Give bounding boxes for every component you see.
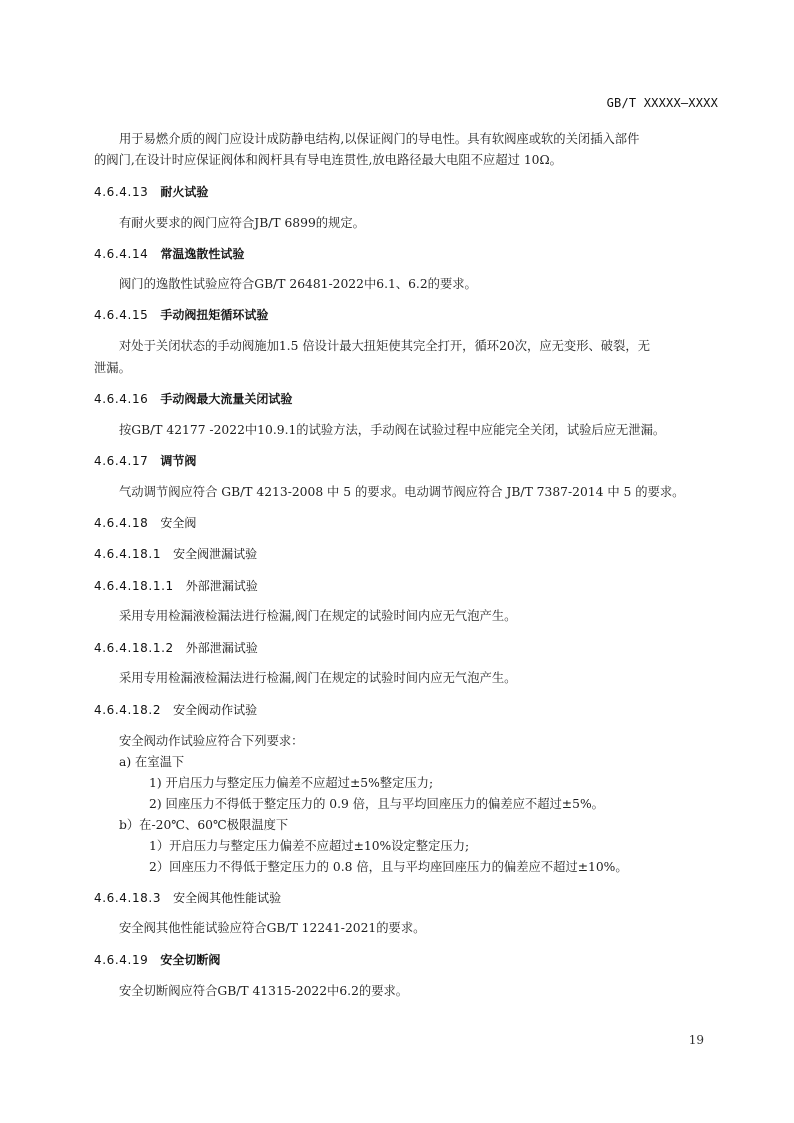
section-number: 4.6.4.18.3 — [94, 890, 161, 906]
section-body: 气动调节阀应符合 GB/T 4213-2008 中 5 的要求。电动调节阀应符合… — [119, 484, 749, 500]
section-number: 4.6.4.19 — [94, 952, 148, 968]
section-body: 安全阀其他性能试验应符合GB/T 12241-2021的要求。 — [119, 920, 749, 936]
section-body: 采用专用检漏液检漏法进行检漏,阀门在规定的试验时间内应无气泡产生。 — [119, 608, 749, 624]
section-title: 常温逸散性试验 — [160, 247, 244, 261]
section-heading-4-6-4-18-1: 4.6.4.18.1安全阀泄漏试验 — [94, 546, 257, 562]
section-title: 安全切断阀 — [160, 953, 220, 967]
section-body-line-1: 对处于关闭状态的手动阀施加1.5 倍设计最大扭矩使其完全打开，循环20次，应无变… — [119, 338, 749, 354]
section-heading-4-6-4-18-1-2: 4.6.4.18.1.2外部泄漏试验 — [94, 640, 258, 656]
list-item-b: b）在-20℃、60℃极限温度下 — [119, 817, 749, 833]
section-body: 安全阀动作试验应符合下列要求： — [119, 733, 749, 749]
intro-paragraph-line-1: 用于易燃介质的阀门应设计成防静电结构,以保证阀门的导电性。具有软阀座或软的关闭插… — [119, 131, 749, 147]
list-subitem-a-2: 2) 回座压力不得低于整定压力的 0.9 倍，且与平均回座压力的偏差应不超过±5… — [149, 796, 779, 812]
section-number: 4.6.4.13 — [94, 184, 148, 200]
section-number: 4.6.4.18.2 — [94, 702, 161, 718]
section-body: 安全切断阀应符合GB/T 41315-2022中6.2的要求。 — [119, 983, 749, 999]
section-title: 耐火试验 — [160, 185, 208, 199]
section-title: 安全阀泄漏试验 — [173, 547, 257, 561]
section-body: 阀门的逸散性试验应符合GB/T 26481-2022中6.1、6.2的要求。 — [119, 276, 749, 292]
section-number: 4.6.4.15 — [94, 307, 148, 323]
section-number: 4.6.4.18 — [94, 515, 148, 531]
section-body: 有耐火要求的阀门应符合JB/T 6899的规定。 — [119, 215, 749, 231]
standard-code-header: GB/T XXXXX—XXXX — [607, 96, 718, 110]
list-item-a: a) 在室温下 — [119, 754, 749, 770]
intro-paragraph-line-2: 的阀门,在设计时应保证阀体和阀杆具有导电连贯性,放电路径最大电阻不应超过 10Ω… — [94, 152, 724, 168]
section-number: 4.6.4.18.1.2 — [94, 640, 174, 656]
list-subitem-b-2: 2）回座压力不得低于整定压力的 0.8 倍，且与平均座回座压力的偏差应不超过±1… — [149, 859, 779, 875]
section-title: 安全阀 — [160, 516, 196, 530]
section-number: 4.6.4.17 — [94, 453, 148, 469]
page-number: 19 — [689, 1033, 704, 1047]
document-page: GB/T XXXXX—XXXX 用于易燃介质的阀门应设计成防静电结构,以保证阀门… — [0, 0, 794, 1123]
section-title: 安全阀动作试验 — [173, 703, 257, 717]
section-heading-4-6-4-13: 4.6.4.13耐火试验 — [94, 184, 208, 200]
list-subitem-b-1: 1）开启压力与整定压力偏差不应超过±10%设定整定压力; — [149, 838, 779, 854]
section-title: 外部泄漏试验 — [186, 579, 258, 593]
section-heading-4-6-4-17: 4.6.4.17调节阀 — [94, 453, 196, 469]
section-heading-4-6-4-19: 4.6.4.19安全切断阀 — [94, 952, 220, 968]
section-heading-4-6-4-15: 4.6.4.15手动阀扭矩循环试验 — [94, 307, 268, 323]
section-title: 外部泄漏试验 — [186, 641, 258, 655]
section-heading-4-6-4-18-3: 4.6.4.18.3安全阀其他性能试验 — [94, 890, 281, 906]
list-subitem-a-1: 1) 开启压力与整定压力偏差不应超过±5%整定压力; — [149, 775, 779, 791]
section-title: 安全阀其他性能试验 — [173, 891, 281, 905]
section-body: 按GB/T 42177 -2022中10.9.1的试验方法，手动阀在试验过程中应… — [119, 422, 749, 438]
section-heading-4-6-4-18-2: 4.6.4.18.2安全阀动作试验 — [94, 702, 257, 718]
section-title: 调节阀 — [160, 454, 196, 468]
section-heading-4-6-4-16: 4.6.4.16手动阀最大流量关闭试验 — [94, 391, 292, 407]
section-number: 4.6.4.16 — [94, 391, 148, 407]
section-heading-4-6-4-18: 4.6.4.18安全阀 — [94, 515, 196, 531]
section-body: 采用专用检漏液检漏法进行检漏,阀门在规定的试验时间内应无气泡产生。 — [119, 670, 749, 686]
section-heading-4-6-4-14: 4.6.4.14常温逸散性试验 — [94, 246, 244, 262]
section-number: 4.6.4.14 — [94, 246, 148, 262]
section-body-line-2: 泄漏。 — [94, 360, 724, 376]
section-heading-4-6-4-18-1-1: 4.6.4.18.1.1外部泄漏试验 — [94, 578, 258, 594]
section-title: 手动阀扭矩循环试验 — [160, 308, 268, 322]
section-number: 4.6.4.18.1.1 — [94, 578, 174, 594]
section-title: 手动阀最大流量关闭试验 — [160, 392, 292, 406]
section-number: 4.6.4.18.1 — [94, 546, 161, 562]
